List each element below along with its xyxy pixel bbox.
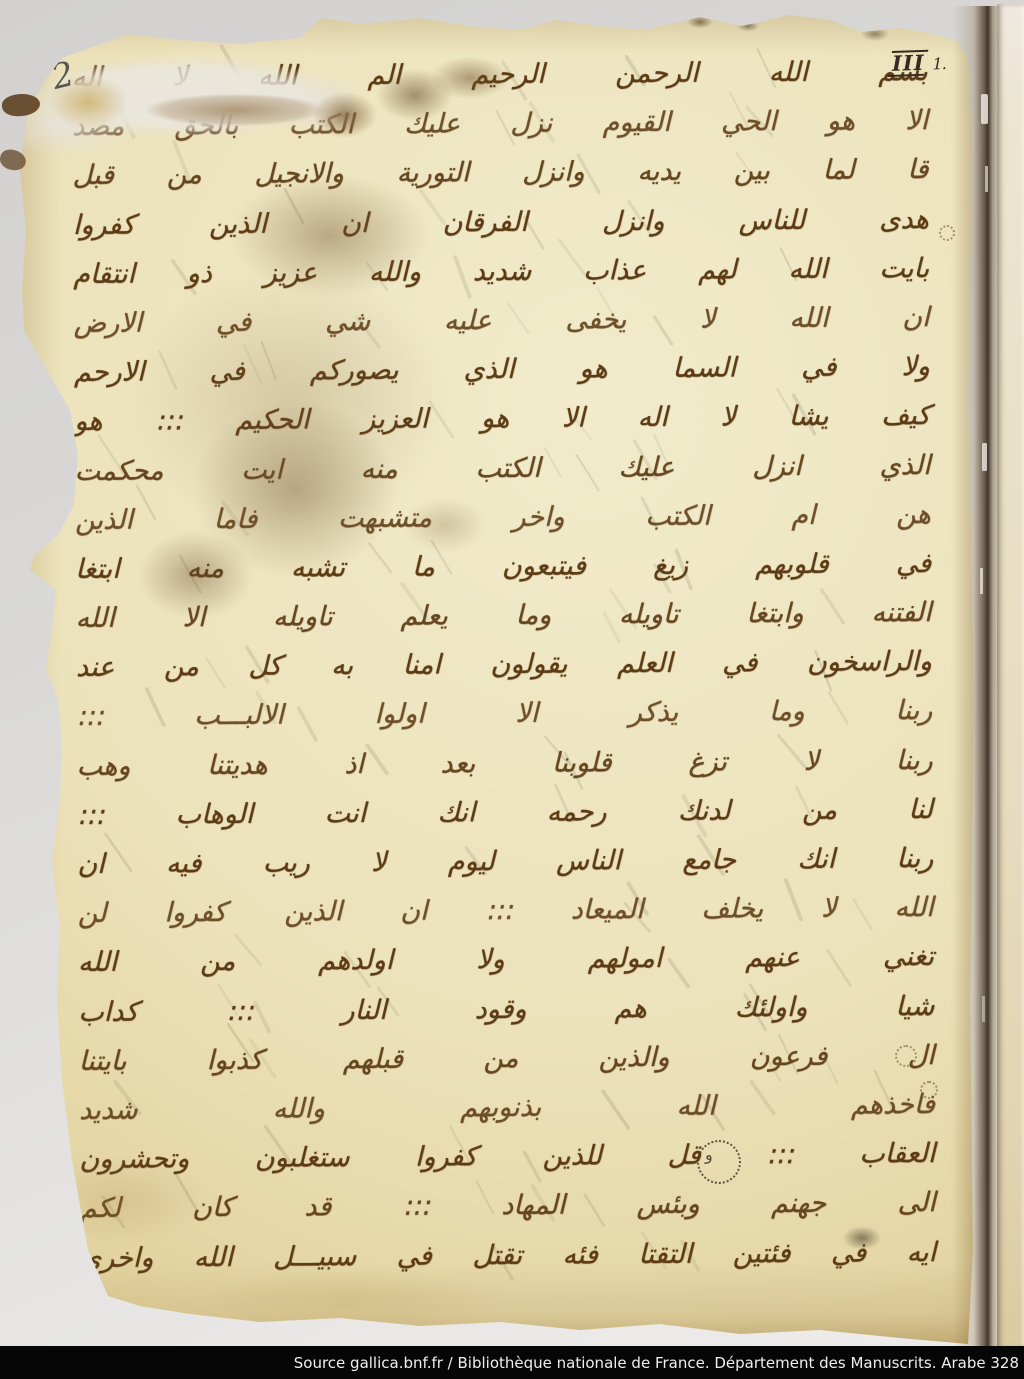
- source-attribution-text: Source gallica.bnf.fr / Bibliothèque nat…: [294, 1354, 1019, 1372]
- manuscript-line: فاخذهم الله بذنوبهم والله شديد: [75, 1080, 943, 1135]
- manuscript-line: ايه في فئتين التقتا فئه تقتل في سبيـــل …: [76, 1227, 944, 1282]
- manuscript-line: ان الله لا يخفى عليه شي في الارض: [70, 293, 938, 348]
- attribution-bar: Source gallica.bnf.fr / Bibliothèque nat…: [0, 1346, 1024, 1379]
- manuscript-line: العقاب ::: قل للذين كفروا ستغلبون وتحشرو…: [75, 1129, 943, 1184]
- manuscript-line: بايت الله لهم عذاب شديد والله عزيز ذو ان…: [69, 244, 937, 299]
- manuscript-line: في قلوبهم زيغ فيتبعون ما تشبه منه ابتغا: [71, 539, 939, 594]
- manuscript-line: هدى للناس وانزل الفرقان ان الذين كفروا: [69, 195, 937, 250]
- folio-number-mark: 1.: [931, 54, 950, 74]
- manuscript-line: تغني عنهم امولهم ولا اولدهم من الله: [74, 932, 942, 987]
- manuscript-line: ربنا انك جامع الناس ليوم لا ريب فيه ان: [73, 834, 941, 889]
- dotted-circle-ornament: [697, 1140, 741, 1184]
- roman-numeral-mark: III: [887, 50, 928, 77]
- manuscript-line: الى جهنم وبئس المهاد ::: قد كان لكم: [76, 1178, 944, 1233]
- surah-number-annotation: III1.: [887, 49, 950, 77]
- manuscript-line: كيف يشا لا اله الا هو العزيز الحكيم ::: …: [70, 391, 938, 446]
- rosette-ornament: [920, 1081, 938, 1099]
- next-page-edge: [997, 4, 1024, 1348]
- scan-viewport: بسم الله الرحمن الرحيم الم الله لا الهال…: [0, 0, 1024, 1379]
- manuscript-line: الله لا يخلف الميعاد ::: ان الذين كفروا …: [74, 883, 942, 938]
- manuscript-line: شيا واولئك هم وقود النار ::: كداب: [74, 982, 942, 1037]
- manuscript-line: والراسخون في العلم يقولون امنا به كل من …: [72, 637, 940, 692]
- manuscript-line: الفتنه وابتغا تاويله وما يعلم تاويله الا…: [72, 588, 940, 643]
- manuscript-line: ربنا وما يذكر الا اولوا الالبـــب :::: [72, 686, 940, 741]
- rosette-ornament: [895, 1045, 917, 1067]
- repair-tissue-patch: [24, 44, 354, 160]
- manuscript-line: الذي انزل عليك الكتب منه ايت محكمت: [71, 440, 939, 495]
- quran-text-block: بسم الله الرحمن الرحيم الم الله لا الهال…: [74, 47, 939, 1283]
- manuscript-line: ولا في السما هو الذي يصوركم في الارحم: [70, 342, 938, 397]
- rosette-ornament: [939, 225, 955, 241]
- manuscript-line: ربنا لا تزغ قلوبنا بعد اذ هديتنا وهب: [73, 736, 941, 791]
- manuscript-page: بسم الله الرحمن الرحيم الم الله لا الهال…: [0, 0, 1024, 1346]
- manuscript-line: هن ام الكتب واخر متشبهت فاما الذين: [71, 490, 939, 545]
- manuscript-line: ال فرعون والذين من قبلهم كذبوا بايتنا: [75, 1031, 943, 1086]
- manuscript-line: لنا من لدنك رحمه انك انت الوهاب :::: [73, 785, 941, 840]
